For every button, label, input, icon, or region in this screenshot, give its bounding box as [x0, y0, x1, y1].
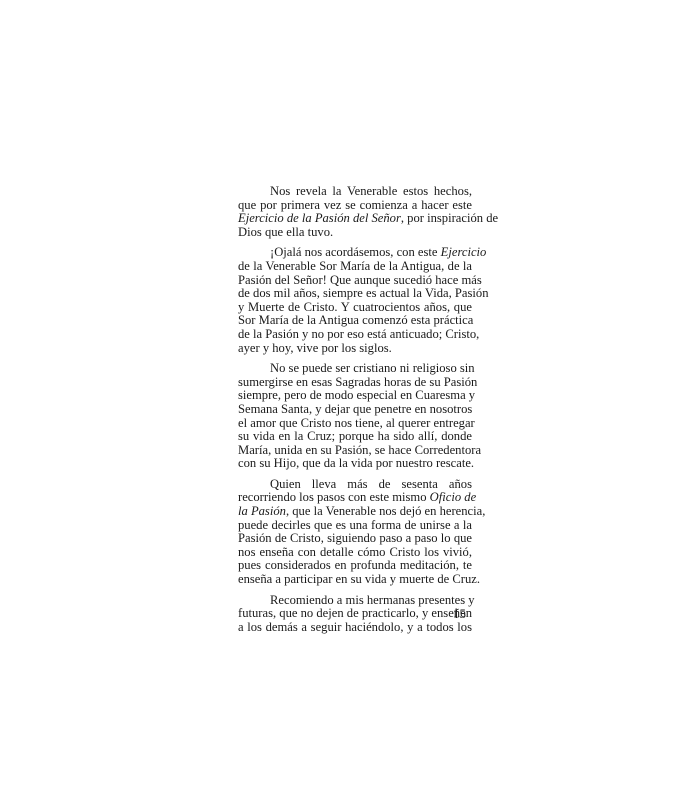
page-number: 15 [453, 606, 466, 622]
text-line: a los demás a seguir haciéndolo, y a tod… [238, 621, 472, 635]
text-line: María, unida en su Pasión, se hace Corre… [238, 444, 472, 458]
text-line: el amor que Cristo nos tiene, al querer … [238, 417, 472, 431]
text-line: puede decirles que es una forma de unirs… [238, 519, 472, 533]
text-line: futuras, que no dejen de practicarlo, y … [238, 607, 472, 621]
text-line: Dios que ella tuvo. [238, 226, 472, 240]
text-line: Pasión de Cristo, siguiendo paso a paso … [238, 532, 472, 546]
text-line: Quien lleva más de sesenta años [238, 478, 472, 492]
text-line: enseña a participar en su vida y muerte … [238, 573, 472, 587]
text-line: su vida en la Cruz; porque ha sido allí,… [238, 430, 472, 444]
text-line: con su Hijo, que da la vida por nuestro … [238, 457, 472, 471]
text-line: Sor María de la Antigua comenzó esta prá… [238, 314, 472, 328]
text-line: Nos revela la Venerable estos hechos, [238, 185, 472, 199]
paragraph: No se puede ser cristiano ni religioso s… [238, 362, 472, 471]
text-line: Recomiendo a mis hermanas presentes y [238, 594, 472, 608]
text-line: de la Pasión y no por eso está anticuado… [238, 328, 472, 342]
paragraph: Quien lleva más de sesenta añosrecorrien… [238, 478, 472, 587]
text-line: de dos mil años, siempre es actual la Vi… [238, 287, 472, 301]
text-line: siempre, pero de modo especial en Cuares… [238, 389, 472, 403]
text-line: y Muerte de Cristo. Y cuatrocientos años… [238, 301, 472, 315]
text-line: sumergirse en esas Sagradas horas de su … [238, 376, 472, 390]
text-line: que por primera vez se comienza a hacer … [238, 199, 472, 213]
text-line: Semana Santa, y dejar que penetre en nos… [238, 403, 472, 417]
text-line: ¡Ojalá nos acordásemos, con este Ejercic… [238, 246, 472, 260]
text-line: Pasión del Señor! Que aunque sucedió hac… [238, 274, 472, 288]
paragraph: Recomiendo a mis hermanas presentes yfut… [238, 594, 472, 635]
text-line: nos enseña con detalle cómo Cristo los v… [238, 546, 472, 560]
text-line: No se puede ser cristiano ni religioso s… [238, 362, 472, 376]
paragraph: Nos revela la Venerable estos hechos,que… [238, 185, 472, 239]
text-line: de la Venerable Sor María de la Antigua,… [238, 260, 472, 274]
text-line: pues considerados en profunda meditación… [238, 559, 472, 573]
book-page-text: Nos revela la Venerable estos hechos,que… [238, 185, 472, 641]
text-line: recorriendo los pasos con este mismo Ofi… [238, 491, 472, 505]
text-line: la Pasión, que la Venerable nos dejó en … [238, 505, 472, 519]
text-line: Ejercicio de la Pasión del Señor, por in… [238, 212, 472, 226]
paragraph: ¡Ojalá nos acordásemos, con este Ejercic… [238, 246, 472, 355]
text-line: ayer y hoy, vive por los siglos. [238, 342, 472, 356]
